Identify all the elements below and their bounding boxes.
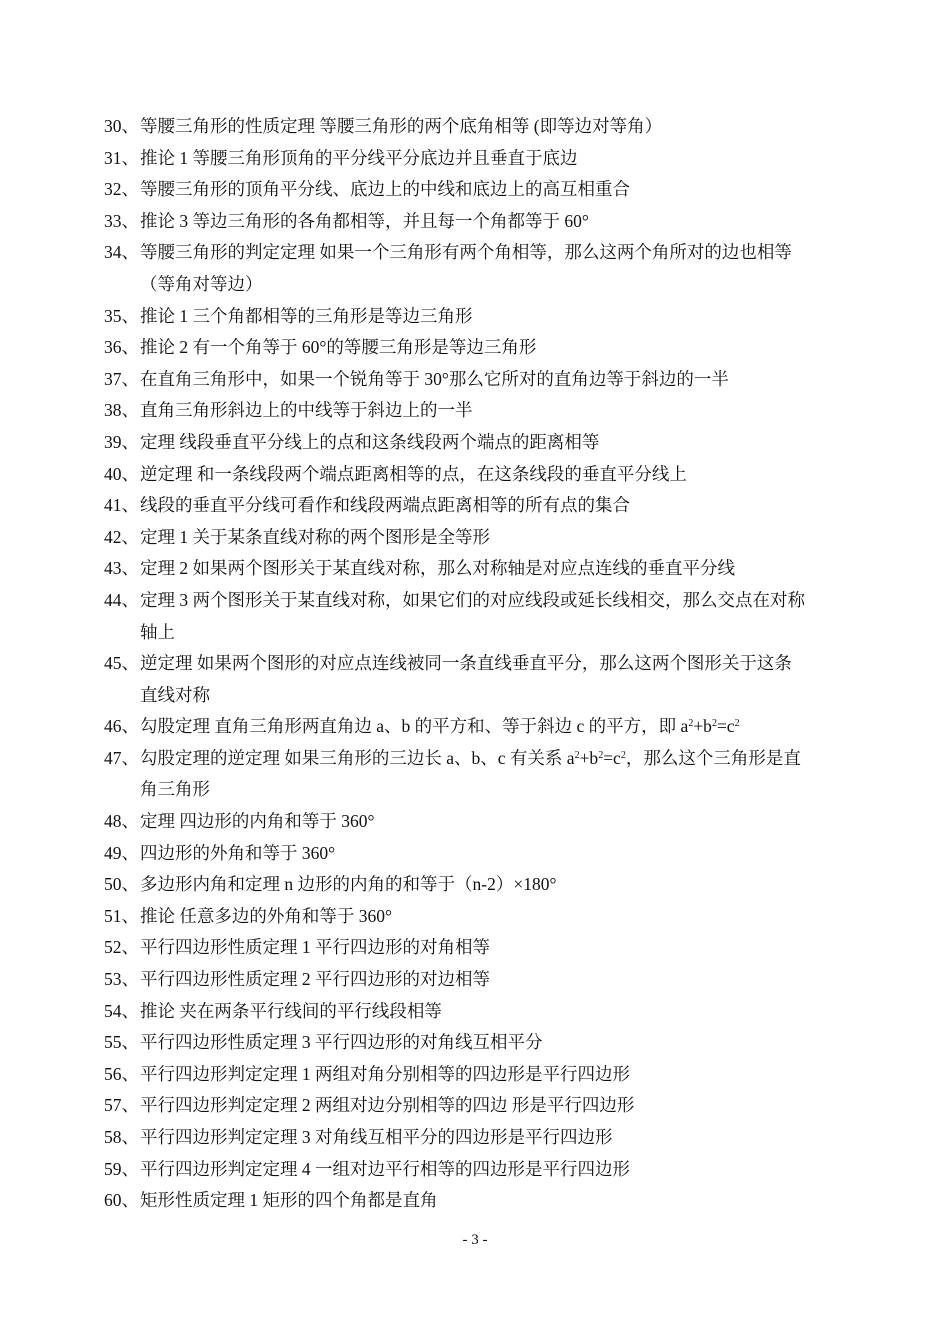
theorem-44-continued: 轴上 bbox=[104, 617, 849, 649]
item-text: 平行四边形性质定理 1 平行四边形的对角相等 bbox=[140, 937, 490, 957]
item-number: 35、 bbox=[104, 301, 140, 333]
item-text: 在直角三角形中，如果一个锐角等于 30°那么它所对的直角边等于斜边的一半 bbox=[140, 369, 729, 389]
theorem-30: 30、等腰三角形的性质定理 等腰三角形的两个底角相等 (即等边对等角） bbox=[104, 111, 849, 143]
item-number: 44、 bbox=[104, 585, 140, 617]
item-text: 定理 2 如果两个图形关于某直线对称，那么对称轴是对应点连线的垂直平分线 bbox=[140, 558, 735, 578]
theorem-56: 56、平行四边形判定定理 1 两组对角分别相等的四边形是平行四边形 bbox=[104, 1059, 849, 1091]
item-text: 平行四边形判定定理 4 一组对边平行相等的四边形是平行四边形 bbox=[140, 1159, 630, 1179]
item-number: 53、 bbox=[104, 964, 140, 996]
item-number: 49、 bbox=[104, 838, 140, 870]
item-number: 52、 bbox=[104, 932, 140, 964]
theorem-45-continued: 直线对称 bbox=[104, 680, 849, 712]
item-text: 勾股定理 直角三角形两直角边 a、b 的平方和、等于斜边 c 的平方，即 a bbox=[140, 716, 688, 736]
item-number: 46、 bbox=[104, 711, 140, 743]
item-number: 43、 bbox=[104, 553, 140, 585]
item-number: 48、 bbox=[104, 806, 140, 838]
item-text: 多边形内角和定理 n 边形的内角的和等于（n-2）×180° bbox=[140, 874, 556, 894]
item-text: 勾股定理的逆定理 如果三角形的三边长 a、b、c 有关系 a bbox=[140, 748, 575, 768]
theorem-32: 32、等腰三角形的顶角平分线、底边上的中线和底边上的高互相重合 bbox=[104, 174, 849, 206]
item-number: 59、 bbox=[104, 1154, 140, 1186]
theorem-34-continued: （等角对等边） bbox=[104, 269, 849, 301]
item-text: 定理 四边形的内角和等于 360° bbox=[140, 811, 375, 831]
item-text: 定理 1 关于某条直线对称的两个图形是全等形 bbox=[140, 527, 490, 547]
item-number: 32、 bbox=[104, 174, 140, 206]
item-text: 矩形性质定理 1 矩形的四个角都是直角 bbox=[140, 1190, 438, 1210]
item-number: 37、 bbox=[104, 364, 140, 396]
theorem-36: 36、推论 2 有一个角等于 60°的等腰三角形是等边三角形 bbox=[104, 332, 849, 364]
theorem-31: 31、推论 1 等腰三角形顶角的平分线平分底边并且垂直于底边 bbox=[104, 143, 849, 175]
theorem-39: 39、定理 线段垂直平分线上的点和这条线段两个端点的距离相等 bbox=[104, 427, 849, 459]
item-text: 线段的垂直平分线可看作和线段两端点距离相等的所有点的集合 bbox=[140, 495, 630, 515]
item-number: 51、 bbox=[104, 901, 140, 933]
item-number: 55、 bbox=[104, 1027, 140, 1059]
item-text: 逆定理 如果两个图形的对应点连线被同一条直线垂直平分，那么这两个图形关于这条 bbox=[140, 653, 792, 673]
item-text: 平行四边形判定定理 2 两组对边分别相等的四边 形是平行四边形 bbox=[140, 1095, 634, 1115]
theorem-44: 44、定理 3 两个图形关于某直线对称，如果它们的对应线段或延长线相交，那么交点… bbox=[104, 585, 849, 617]
theorem-47-continued: 角三角形 bbox=[104, 774, 849, 806]
theorem-35: 35、推论 1 三个角都相等的三角形是等边三角形 bbox=[104, 301, 849, 333]
item-number: 50、 bbox=[104, 869, 140, 901]
item-number: 34、 bbox=[104, 237, 140, 269]
theorem-48: 48、定理 四边形的内角和等于 360° bbox=[104, 806, 849, 838]
item-text: 等腰三角形的顶角平分线、底边上的中线和底边上的高互相重合 bbox=[140, 179, 630, 199]
item-text: 逆定理 和一条线段两个端点距离相等的点，在这条线段的垂直平分线上 bbox=[140, 464, 687, 484]
theorem-34: 34、等腰三角形的判定定理 如果一个三角形有两个角相等，那么这两个角所对的边也相… bbox=[104, 237, 849, 269]
item-number: 47、 bbox=[104, 743, 140, 775]
theorem-42: 42、定理 1 关于某条直线对称的两个图形是全等形 bbox=[104, 522, 849, 554]
theorem-54: 54、推论 夹在两条平行线间的平行线段相等 bbox=[104, 996, 849, 1028]
theorem-55: 55、平行四边形性质定理 3 平行四边形的对角线互相平分 bbox=[104, 1027, 849, 1059]
item-text: +b bbox=[693, 716, 712, 736]
theorem-41: 41、线段的垂直平分线可看作和线段两端点距离相等的所有点的集合 bbox=[104, 490, 849, 522]
item-number: 38、 bbox=[104, 395, 140, 427]
item-text: 定理 线段垂直平分线上的点和这条线段两个端点的距离相等 bbox=[140, 432, 599, 452]
item-text: =c bbox=[717, 716, 735, 736]
item-number: 56、 bbox=[104, 1059, 140, 1091]
theorem-47: 47、勾股定理的逆定理 如果三角形的三边长 a、b、c 有关系 a2+b2=c2… bbox=[104, 743, 849, 775]
item-text: 等腰三角形的判定定理 如果一个三角形有两个角相等，那么这两个角所对的边也相等 bbox=[140, 242, 792, 262]
theorem-40: 40、逆定理 和一条线段两个端点距离相等的点，在这条线段的垂直平分线上 bbox=[104, 459, 849, 491]
item-text: 推论 1 等腰三角形顶角的平分线平分底边并且垂直于底边 bbox=[140, 148, 578, 168]
item-text: 四边形的外角和等于 360° bbox=[140, 843, 335, 863]
theorem-37: 37、在直角三角形中，如果一个锐角等于 30°那么它所对的直角边等于斜边的一半 bbox=[104, 364, 849, 396]
item-text: +b bbox=[580, 748, 599, 768]
item-number: 42、 bbox=[104, 522, 140, 554]
item-number: 60、 bbox=[104, 1185, 140, 1217]
item-number: 39、 bbox=[104, 427, 140, 459]
theorem-38: 38、直角三角形斜边上的中线等于斜边上的一半 bbox=[104, 395, 849, 427]
item-text: 推论 夹在两条平行线间的平行线段相等 bbox=[140, 1001, 442, 1021]
theorem-51: 51、推论 任意多边的外角和等于 360° bbox=[104, 901, 849, 933]
item-number: 45、 bbox=[104, 648, 140, 680]
item-number: 57、 bbox=[104, 1090, 140, 1122]
item-number: 33、 bbox=[104, 206, 140, 238]
item-text: 推论 1 三个角都相等的三角形是等边三角形 bbox=[140, 306, 473, 326]
item-text: 平行四边形判定定理 1 两组对角分别相等的四边形是平行四边形 bbox=[140, 1064, 630, 1084]
item-text: 直角三角形斜边上的中线等于斜边上的一半 bbox=[140, 400, 473, 420]
item-text: =c bbox=[603, 748, 621, 768]
superscript: 2 bbox=[735, 718, 740, 729]
item-text: 等腰三角形的性质定理 等腰三角形的两个底角相等 (即等边对等角） bbox=[140, 116, 662, 136]
item-text: 推论 2 有一个角等于 60°的等腰三角形是等边三角形 bbox=[140, 337, 536, 357]
page-number: - 3 - bbox=[0, 1232, 950, 1249]
item-text: 平行四边形判定定理 3 对角线互相平分的四边形是平行四边形 bbox=[140, 1127, 613, 1147]
item-text: ，那么这个三角形是直 bbox=[626, 748, 801, 768]
item-text: 平行四边形性质定理 2 平行四边形的对边相等 bbox=[140, 969, 490, 989]
item-number: 30、 bbox=[104, 111, 140, 143]
item-number: 36、 bbox=[104, 332, 140, 364]
theorem-58: 58、平行四边形判定定理 3 对角线互相平分的四边形是平行四边形 bbox=[104, 1122, 849, 1154]
item-number: 40、 bbox=[104, 459, 140, 491]
item-number: 58、 bbox=[104, 1122, 140, 1154]
theorem-33: 33、推论 3 等边三角形的各角都相等，并且每一个角都等于 60° bbox=[104, 206, 849, 238]
theorem-49: 49、四边形的外角和等于 360° bbox=[104, 838, 849, 870]
theorem-53: 53、平行四边形性质定理 2 平行四边形的对边相等 bbox=[104, 964, 849, 996]
theorem-45: 45、逆定理 如果两个图形的对应点连线被同一条直线垂直平分，那么这两个图形关于这… bbox=[104, 648, 849, 680]
item-text: 定理 3 两个图形关于某直线对称，如果它们的对应线段或延长线相交，那么交点在对称 bbox=[140, 590, 805, 610]
theorem-60: 60、矩形性质定理 1 矩形的四个角都是直角 bbox=[104, 1185, 849, 1217]
item-text: 平行四边形性质定理 3 平行四边形的对角线互相平分 bbox=[140, 1032, 543, 1052]
item-text: 推论 任意多边的外角和等于 360° bbox=[140, 906, 392, 926]
theorem-46: 46、勾股定理 直角三角形两直角边 a、b 的平方和、等于斜边 c 的平方，即 … bbox=[104, 711, 849, 743]
theorem-50: 50、多边形内角和定理 n 边形的内角的和等于（n-2）×180° bbox=[104, 869, 849, 901]
theorem-43: 43、定理 2 如果两个图形关于某直线对称，那么对称轴是对应点连线的垂直平分线 bbox=[104, 553, 849, 585]
item-text: 推论 3 等边三角形的各角都相等，并且每一个角都等于 60° bbox=[140, 211, 589, 231]
theorem-59: 59、平行四边形判定定理 4 一组对边平行相等的四边形是平行四边形 bbox=[104, 1154, 849, 1186]
item-number: 31、 bbox=[104, 143, 140, 175]
item-number: 41、 bbox=[104, 490, 140, 522]
theorem-52: 52、平行四边形性质定理 1 平行四边形的对角相等 bbox=[104, 932, 849, 964]
document-body: 30、等腰三角形的性质定理 等腰三角形的两个底角相等 (即等边对等角） 31、推… bbox=[104, 111, 849, 1217]
theorem-57: 57、平行四边形判定定理 2 两组对边分别相等的四边 形是平行四边形 bbox=[104, 1090, 849, 1122]
item-number: 54、 bbox=[104, 996, 140, 1028]
